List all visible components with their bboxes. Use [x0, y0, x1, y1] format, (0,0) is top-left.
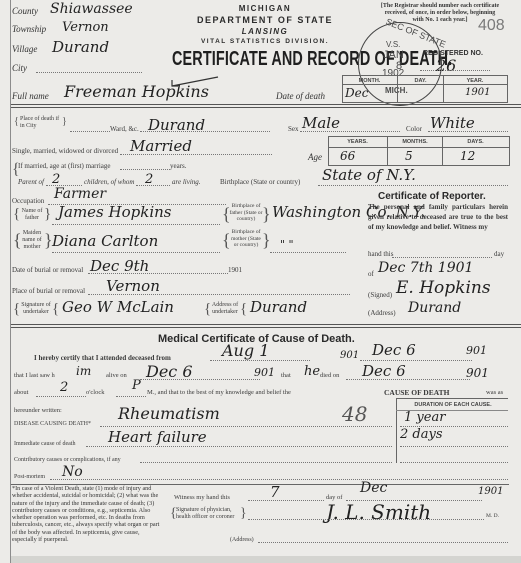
occupation-label: Occupation: [12, 197, 44, 205]
burial-year-value: 1901: [228, 266, 242, 274]
undertaker-address-label: Address of undertaker: [210, 302, 240, 316]
attended-to-year: 901: [466, 344, 487, 357]
witness-label: Witness my hand this: [174, 494, 230, 501]
alive-on-label: alive on: [106, 372, 127, 379]
died-on-date: Dec 6: [362, 362, 406, 380]
death-month-value: Dec: [345, 86, 368, 100]
mother-name-label: Maiden name of mother: [20, 230, 44, 251]
physician-signature: J. L. Smith: [326, 500, 431, 524]
disease-duration: 1 year: [404, 410, 445, 425]
city-label: City: [12, 63, 27, 73]
last-saw-year: 901: [254, 366, 275, 379]
reporter-text: The personal and family particulars here…: [368, 202, 508, 232]
birthplace-value: State of N.Y.: [322, 166, 416, 184]
attended-from-year: 901: [340, 350, 359, 361]
md-label: M. D.: [486, 513, 499, 519]
are-living-label: are living.: [172, 178, 201, 186]
certify-label: I hereby certify that I attended decease…: [34, 354, 171, 362]
day-label: day: [494, 250, 504, 258]
disease-value: Rheumatism: [118, 404, 220, 423]
department-title: DEPARTMENT OF STATE: [180, 15, 350, 25]
reporter-signature: E. Hopkins: [396, 278, 491, 298]
arrow-icon: [170, 74, 220, 88]
hour-value: 2: [60, 380, 68, 395]
father-name-value: James Hopkins: [58, 203, 171, 221]
witness-year: 1901: [478, 486, 503, 497]
undertaker-address-value: Durand: [250, 298, 307, 316]
of-label: of: [368, 270, 374, 278]
township-label: Township: [12, 24, 46, 34]
postmortem-label: Post-mortem: [14, 474, 45, 480]
sex-value: Male: [302, 114, 340, 132]
was-as-label: was as: [486, 389, 503, 396]
witness-day: 7: [270, 483, 280, 501]
page-border: [10, 0, 11, 563]
father-name-label: Name of father: [20, 208, 44, 222]
file-number: 408: [478, 17, 505, 35]
months-header: MONTHS.: [388, 139, 442, 145]
burial-place-value: Vernon: [106, 277, 160, 295]
age-months-value: 5: [405, 149, 413, 163]
died-on-year: 901: [466, 366, 489, 380]
state-title: MICHIGAN: [190, 4, 340, 13]
county-value: Shiawassee: [50, 1, 133, 17]
reporter-address-value: Durand: [408, 300, 461, 316]
years-suffix: years.: [170, 162, 187, 170]
city-line: [36, 72, 142, 73]
oclock-label: o'clock: [86, 389, 105, 396]
postmortem-value: No: [62, 464, 83, 480]
parent-of-label: Parent of: [18, 178, 44, 186]
physician-address-label: (Address): [230, 537, 254, 543]
immediate-cause-value: Heart failure: [108, 428, 207, 446]
year-header: YEAR.: [444, 78, 506, 84]
attended-to-value: Dec 6: [372, 341, 416, 359]
month-header: MONTH.: [342, 78, 397, 84]
attended-from-value: Aug 1: [222, 341, 269, 360]
ampm-value: P: [132, 378, 141, 393]
physician-signature-label: Signature of physician, health officer o…: [176, 507, 240, 521]
age-days-value: 12: [460, 149, 475, 163]
village-value: Durand: [52, 38, 109, 56]
immediate-cause-label: Immediate cause of death: [14, 441, 75, 447]
divider: [11, 324, 521, 328]
color-value: White: [430, 114, 475, 132]
about-label: about: [14, 389, 28, 396]
mother-name-value: Diana Carlton: [52, 232, 158, 250]
last-saw-label: that I last saw h: [14, 372, 55, 379]
that-label: that: [281, 372, 291, 379]
reporter-date-value: Dec 7th 1901: [378, 260, 473, 276]
hereunder-label: hereunder written:: [14, 407, 62, 414]
lansing-title: LANSING: [190, 27, 340, 36]
father-birthplace-label: Birthplace of father (State or country): [229, 203, 263, 223]
immediate-duration: 2 days: [400, 427, 443, 442]
disease-code: 48: [342, 402, 367, 426]
village-label: Village: [12, 44, 37, 54]
hand-this-label: hand this: [368, 250, 393, 258]
days-header: DAYS.: [443, 139, 508, 145]
place-of-death-label: Place of death if in City: [20, 116, 60, 130]
reporter-title: Certificate of Reporter.: [378, 191, 486, 202]
years-header: YEARS.: [328, 139, 387, 145]
age-years-value: 66: [340, 149, 355, 163]
undertaker-signature-label: Signature of undertaker: [20, 302, 52, 316]
stamp-vs: V.S.: [386, 40, 400, 49]
mother-birthplace-value: " ": [280, 238, 294, 251]
duration-header: DURATION OF EACH CAUSE.: [398, 402, 508, 408]
reporter-address-label: (Address): [368, 309, 396, 317]
registered-no-line: [420, 70, 490, 71]
children-of-whom-label: children, of whom: [84, 178, 135, 186]
date-of-death-label: Date of death: [276, 91, 325, 101]
undertaker-signature-value: Geo W McLain: [62, 298, 174, 316]
sex-label: Sex: [288, 125, 299, 133]
burial-date-label: Date of burial or removal: [12, 266, 83, 274]
birthplace-label: Birthplace (State or country): [220, 178, 300, 186]
division-title: VITAL STATISTICS DIVISION.: [180, 38, 350, 45]
day-header: DAY.: [398, 78, 443, 84]
ward-label: Ward, &c.: [110, 125, 139, 133]
registered-no-value: 26: [436, 56, 456, 75]
m-label: M., and that to the best of my knowledge…: [147, 389, 291, 396]
death-year-value: 1901: [465, 87, 490, 98]
signed-label: (Signed): [368, 291, 392, 299]
county-label: County: [12, 6, 38, 16]
contributory-label: Contributory causes or complications, if…: [14, 457, 121, 463]
age-at-marriage-label: If married, age at (first) marriage: [18, 162, 111, 170]
disease-label: DISEASE CAUSING DEATH*: [14, 421, 91, 427]
color-label: Color: [406, 125, 422, 133]
pronoun-value: he: [304, 364, 320, 379]
last-saw-suffix: im: [76, 364, 91, 378]
marital-value: Married: [130, 137, 192, 155]
marital-label: Single, married, widowed or divorced: [12, 147, 118, 155]
violent-death-note: *In case of a Violent Death, state (1) m…: [12, 485, 164, 543]
township-value: Vernon: [62, 20, 109, 35]
age-label: Age: [308, 152, 322, 162]
witness-month: Dec: [360, 480, 387, 496]
cause-of-death-label: CAUSE OF DEATH: [384, 388, 449, 397]
mother-birthplace-label: Birthplace of mother (State or country): [229, 229, 263, 249]
burial-place-label: Place of burial or removal: [12, 287, 85, 295]
divider: [11, 104, 521, 108]
occupation-value: Farmer: [54, 186, 106, 202]
died-on-label: died on: [320, 372, 339, 379]
death-certificate: County Shiawassee Township Vernon Villag…: [0, 0, 521, 563]
full-name-label: Full name: [12, 91, 49, 101]
